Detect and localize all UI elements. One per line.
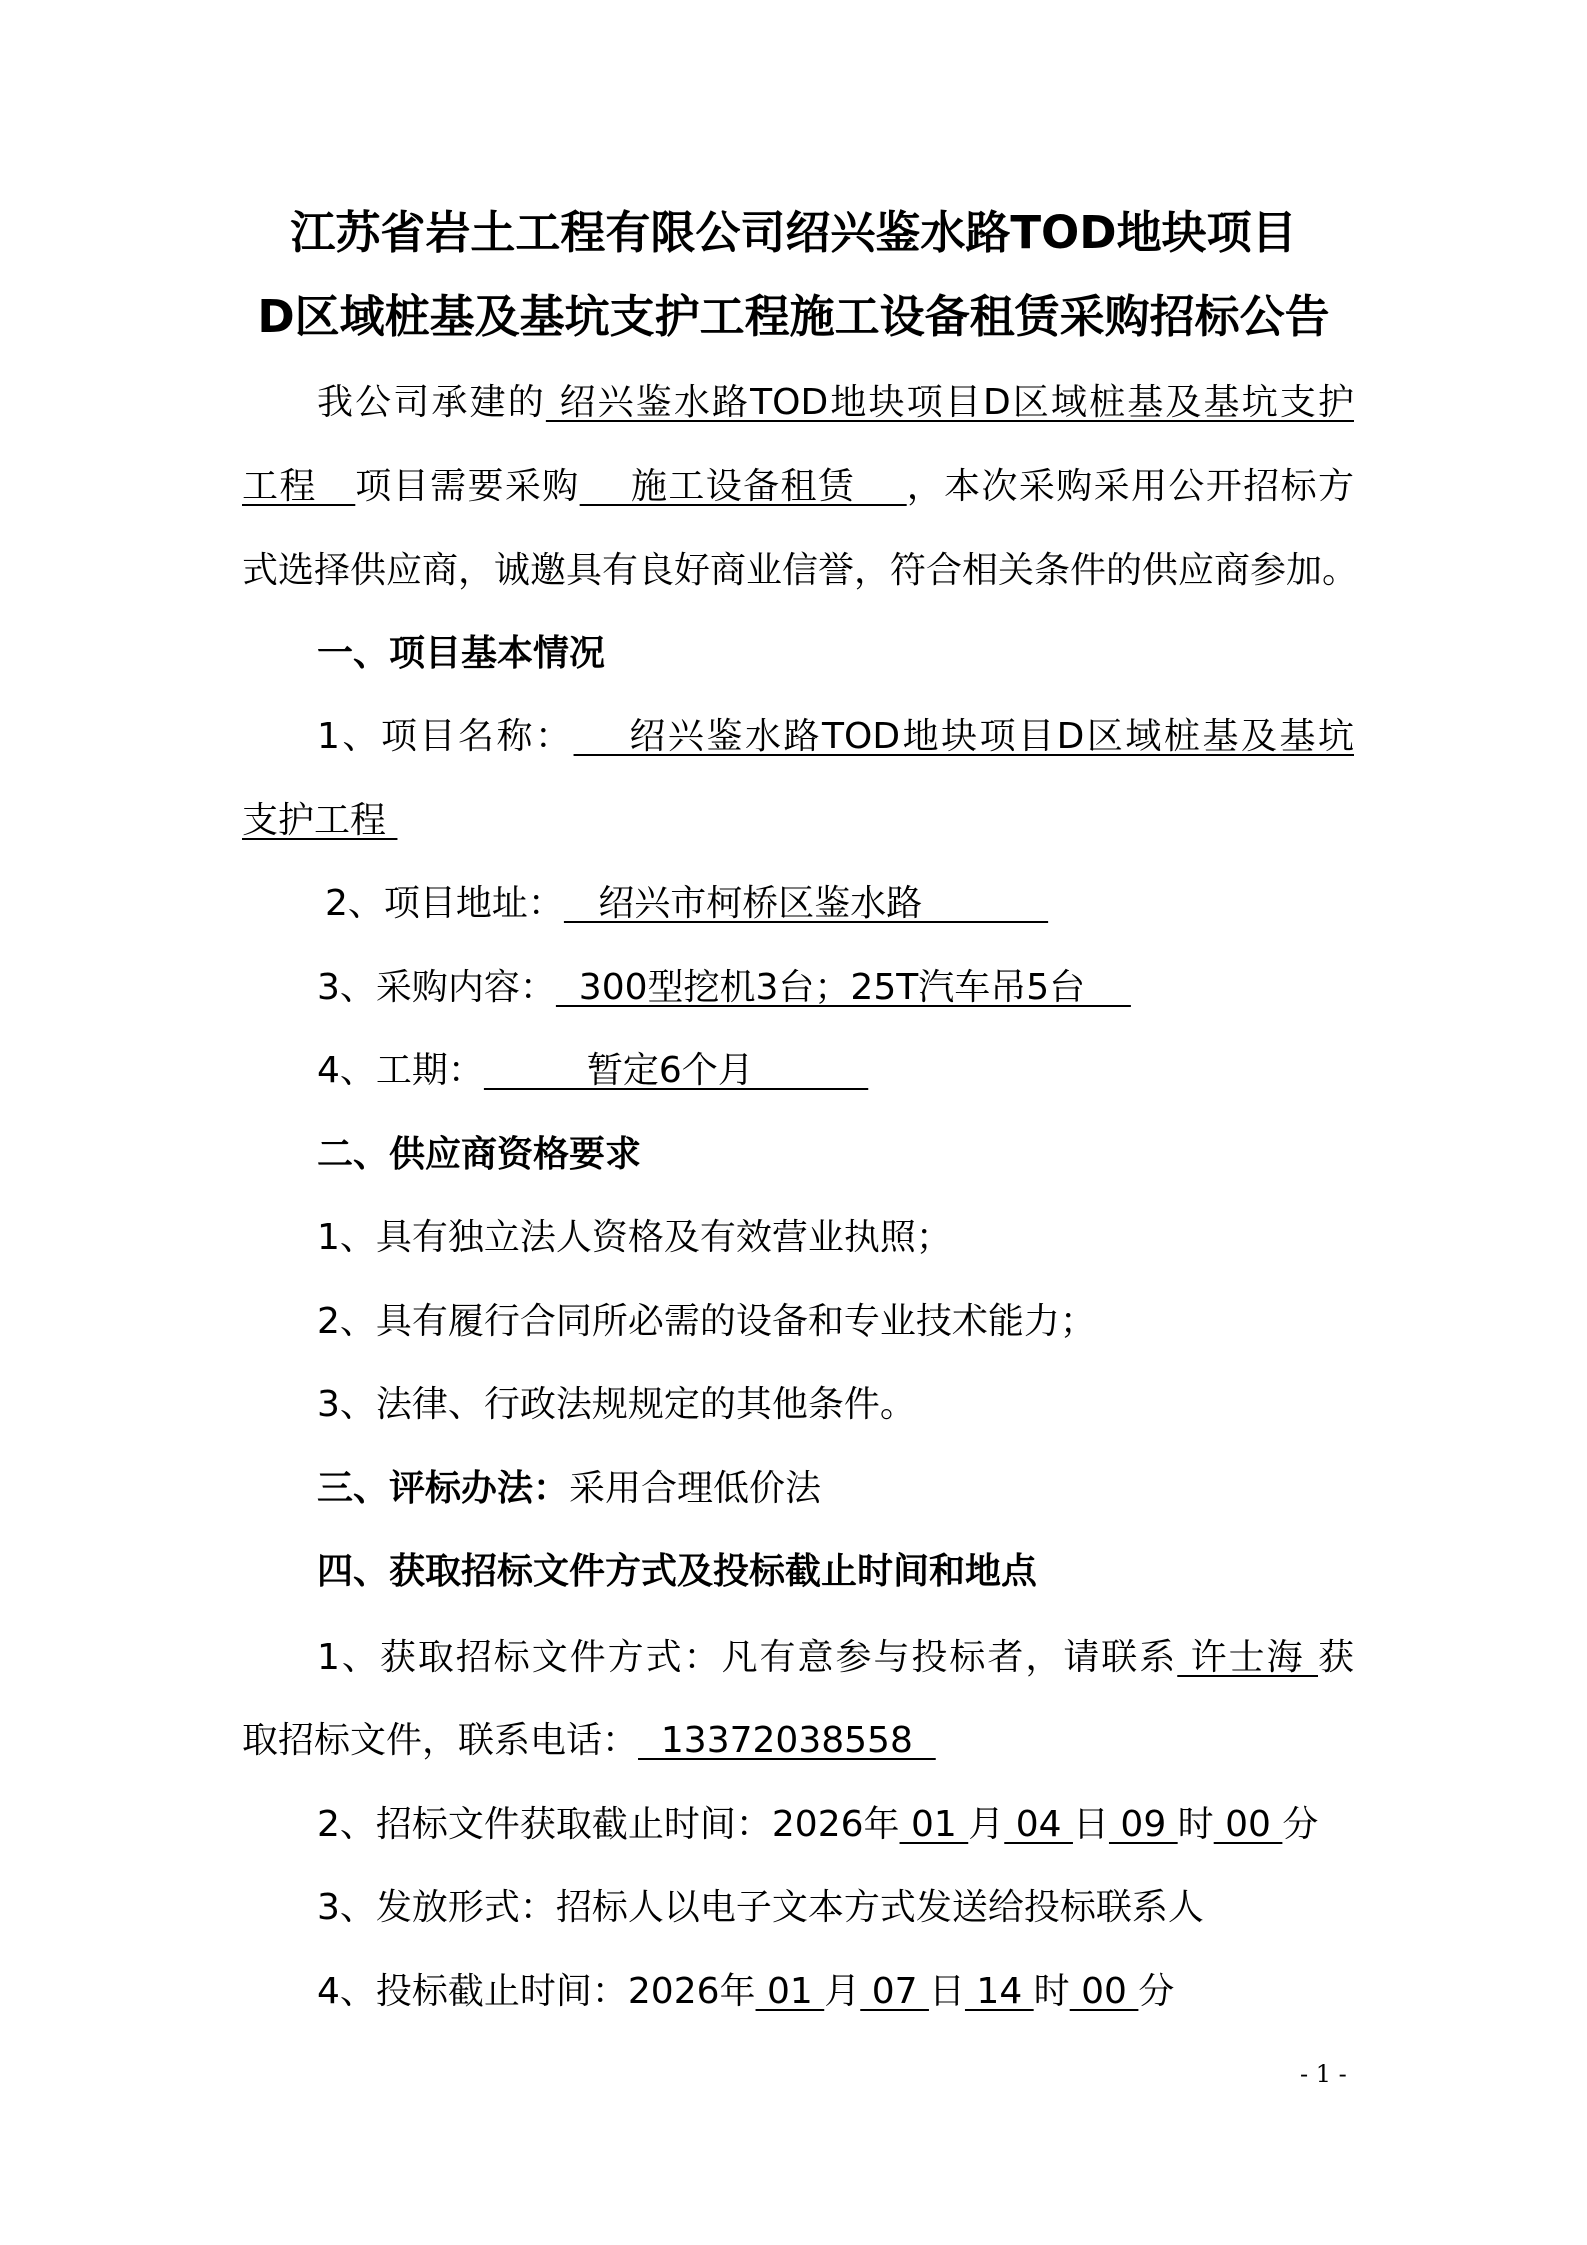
intro-line-1: 我公司承建的 绍兴鉴水路TOD地块项目D区域桩基及基坑支护: [242, 378, 1354, 428]
item4-day: 07: [860, 1971, 929, 2012]
section1-heading: 一、项目基本情况: [317, 629, 605, 679]
section4-item1: 1、获取招标文件方式：凡有意参与投标者，请联系 许士海 获: [242, 1633, 1354, 1683]
section1-item2: 2、项目地址： 绍兴市柯桥区鉴水路: [325, 879, 1048, 929]
section4-item4: 4、投标截止时间：2026年 01 月 07 日 14 时 00 分: [317, 1967, 1174, 2017]
item4-month: 01: [756, 1971, 825, 2012]
item1-prefix: 1、获取招标文件方式：凡有意参与投标者，请联系: [317, 1637, 1177, 1678]
item4-hour: 14: [965, 1971, 1034, 2012]
unit-minute: 分: [1282, 1804, 1318, 1845]
item1-label: 1、项目名称：: [317, 716, 574, 757]
intro-line-2: 工程 项目需要采购 施工设备租赁 ，本次采购采用公开招标方: [242, 462, 1354, 512]
document-title-line1: 江苏省岩土工程有限公司绍兴鉴水路TOD地块项目: [0, 203, 1587, 263]
contact-phone: 13372038558: [638, 1720, 936, 1761]
section4-item2: 2、招标文件获取截止时间：2026年 01 月 04 日 09 时 00 分: [317, 1800, 1318, 1850]
unit-hour: 时: [1178, 1804, 1214, 1845]
section2-item1: 1、具有独立法人资格及有效营业执照；: [317, 1213, 952, 1263]
purchase-item-underlined: 施工设备租赁: [580, 466, 907, 507]
item3-value: 300型挖机3台；25T汽车吊5台: [556, 967, 1131, 1008]
section1-item3: 3、采购内容： 300型挖机3台；25T汽车吊5台: [317, 963, 1131, 1013]
intro-mid: 项目需要采购: [355, 466, 579, 507]
item1-value: 绍兴鉴水路TOD地块项目D区域桩基及基坑: [574, 716, 1354, 757]
item4-minute: 00: [1070, 1971, 1139, 2012]
unit-day: 日: [1073, 1804, 1109, 1845]
unit-minute: 分: [1138, 1971, 1174, 2012]
item2-prefix: 2、招标文件获取截止时间：2026年: [317, 1804, 900, 1845]
item1-value-cont: 支护工程: [242, 800, 397, 841]
section1-item1: 1、项目名称： 绍兴鉴水路TOD地块项目D区域桩基及基坑: [242, 712, 1354, 762]
intro-prefix: 我公司承建的: [317, 382, 546, 423]
section4-heading: 四、获取招标文件方式及投标截止时间和地点: [317, 1547, 1037, 1597]
item2-day: 04: [1004, 1804, 1073, 1845]
item1-line2-prefix: 取招标文件，联系电话：: [242, 1720, 638, 1761]
item2-value: 绍兴市柯桥区鉴水路: [564, 883, 1048, 924]
section4-item1-cont: 取招标文件，联系电话： 13372038558: [242, 1716, 936, 1766]
page-number: - 1 -: [1300, 2060, 1347, 2088]
section3: 三、评标办法：采用合理低价法: [317, 1464, 821, 1514]
item2-minute: 00: [1214, 1804, 1283, 1845]
unit-day: 日: [929, 1971, 965, 2012]
section1-item4: 4、工期： 暂定6个月: [317, 1046, 868, 1096]
item4-label: 4、工期：: [317, 1050, 484, 1091]
intro-suffix: ，本次采购采用公开招标方: [907, 466, 1354, 507]
section1-item1-cont: 支护工程: [242, 796, 397, 846]
section2-item2: 2、具有履行合同所必需的设备和专业技术能力；: [317, 1297, 1096, 1347]
section2-item3: 3、法律、行政法规规定的其他条件。: [317, 1380, 916, 1430]
intro-line-3: 式选择供应商，诚邀具有良好商业信誉，符合相关条件的供应商参加。: [242, 546, 1354, 596]
item2-label: 2、项目地址：: [325, 883, 564, 924]
document-page: 江苏省岩土工程有限公司绍兴鉴水路TOD地块项目 D区域桩基及基坑支护工程施工设备…: [0, 0, 1587, 2245]
section3-value: 采用合理低价法: [569, 1468, 821, 1509]
item4-prefix: 4、投标截止时间：2026年: [317, 1971, 756, 2012]
unit-hour: 时: [1034, 1971, 1070, 2012]
item2-hour: 09: [1109, 1804, 1178, 1845]
item3-label: 3、采购内容：: [317, 967, 556, 1008]
unit-month: 月: [968, 1804, 1004, 1845]
section4-item3: 3、发放形式：招标人以电子文本方式发送给投标联系人: [317, 1883, 1204, 1933]
item1-suffix: 获: [1318, 1637, 1354, 1678]
document-title-line2: D区域桩基及基坑支护工程施工设备租赁采购招标公告: [0, 287, 1587, 347]
project-name-underlined-cont: 工程: [242, 466, 355, 507]
section2-heading: 二、供应商资格要求: [317, 1130, 641, 1180]
project-name-underlined: 绍兴鉴水路TOD地块项目D区域桩基及基坑支护: [546, 382, 1354, 423]
unit-month: 月: [824, 1971, 860, 2012]
item4-value: 暂定6个月: [484, 1050, 868, 1091]
item2-month: 01: [900, 1804, 969, 1845]
section3-heading: 三、评标办法：: [317, 1468, 569, 1509]
contact-name: 许士海: [1177, 1637, 1318, 1678]
